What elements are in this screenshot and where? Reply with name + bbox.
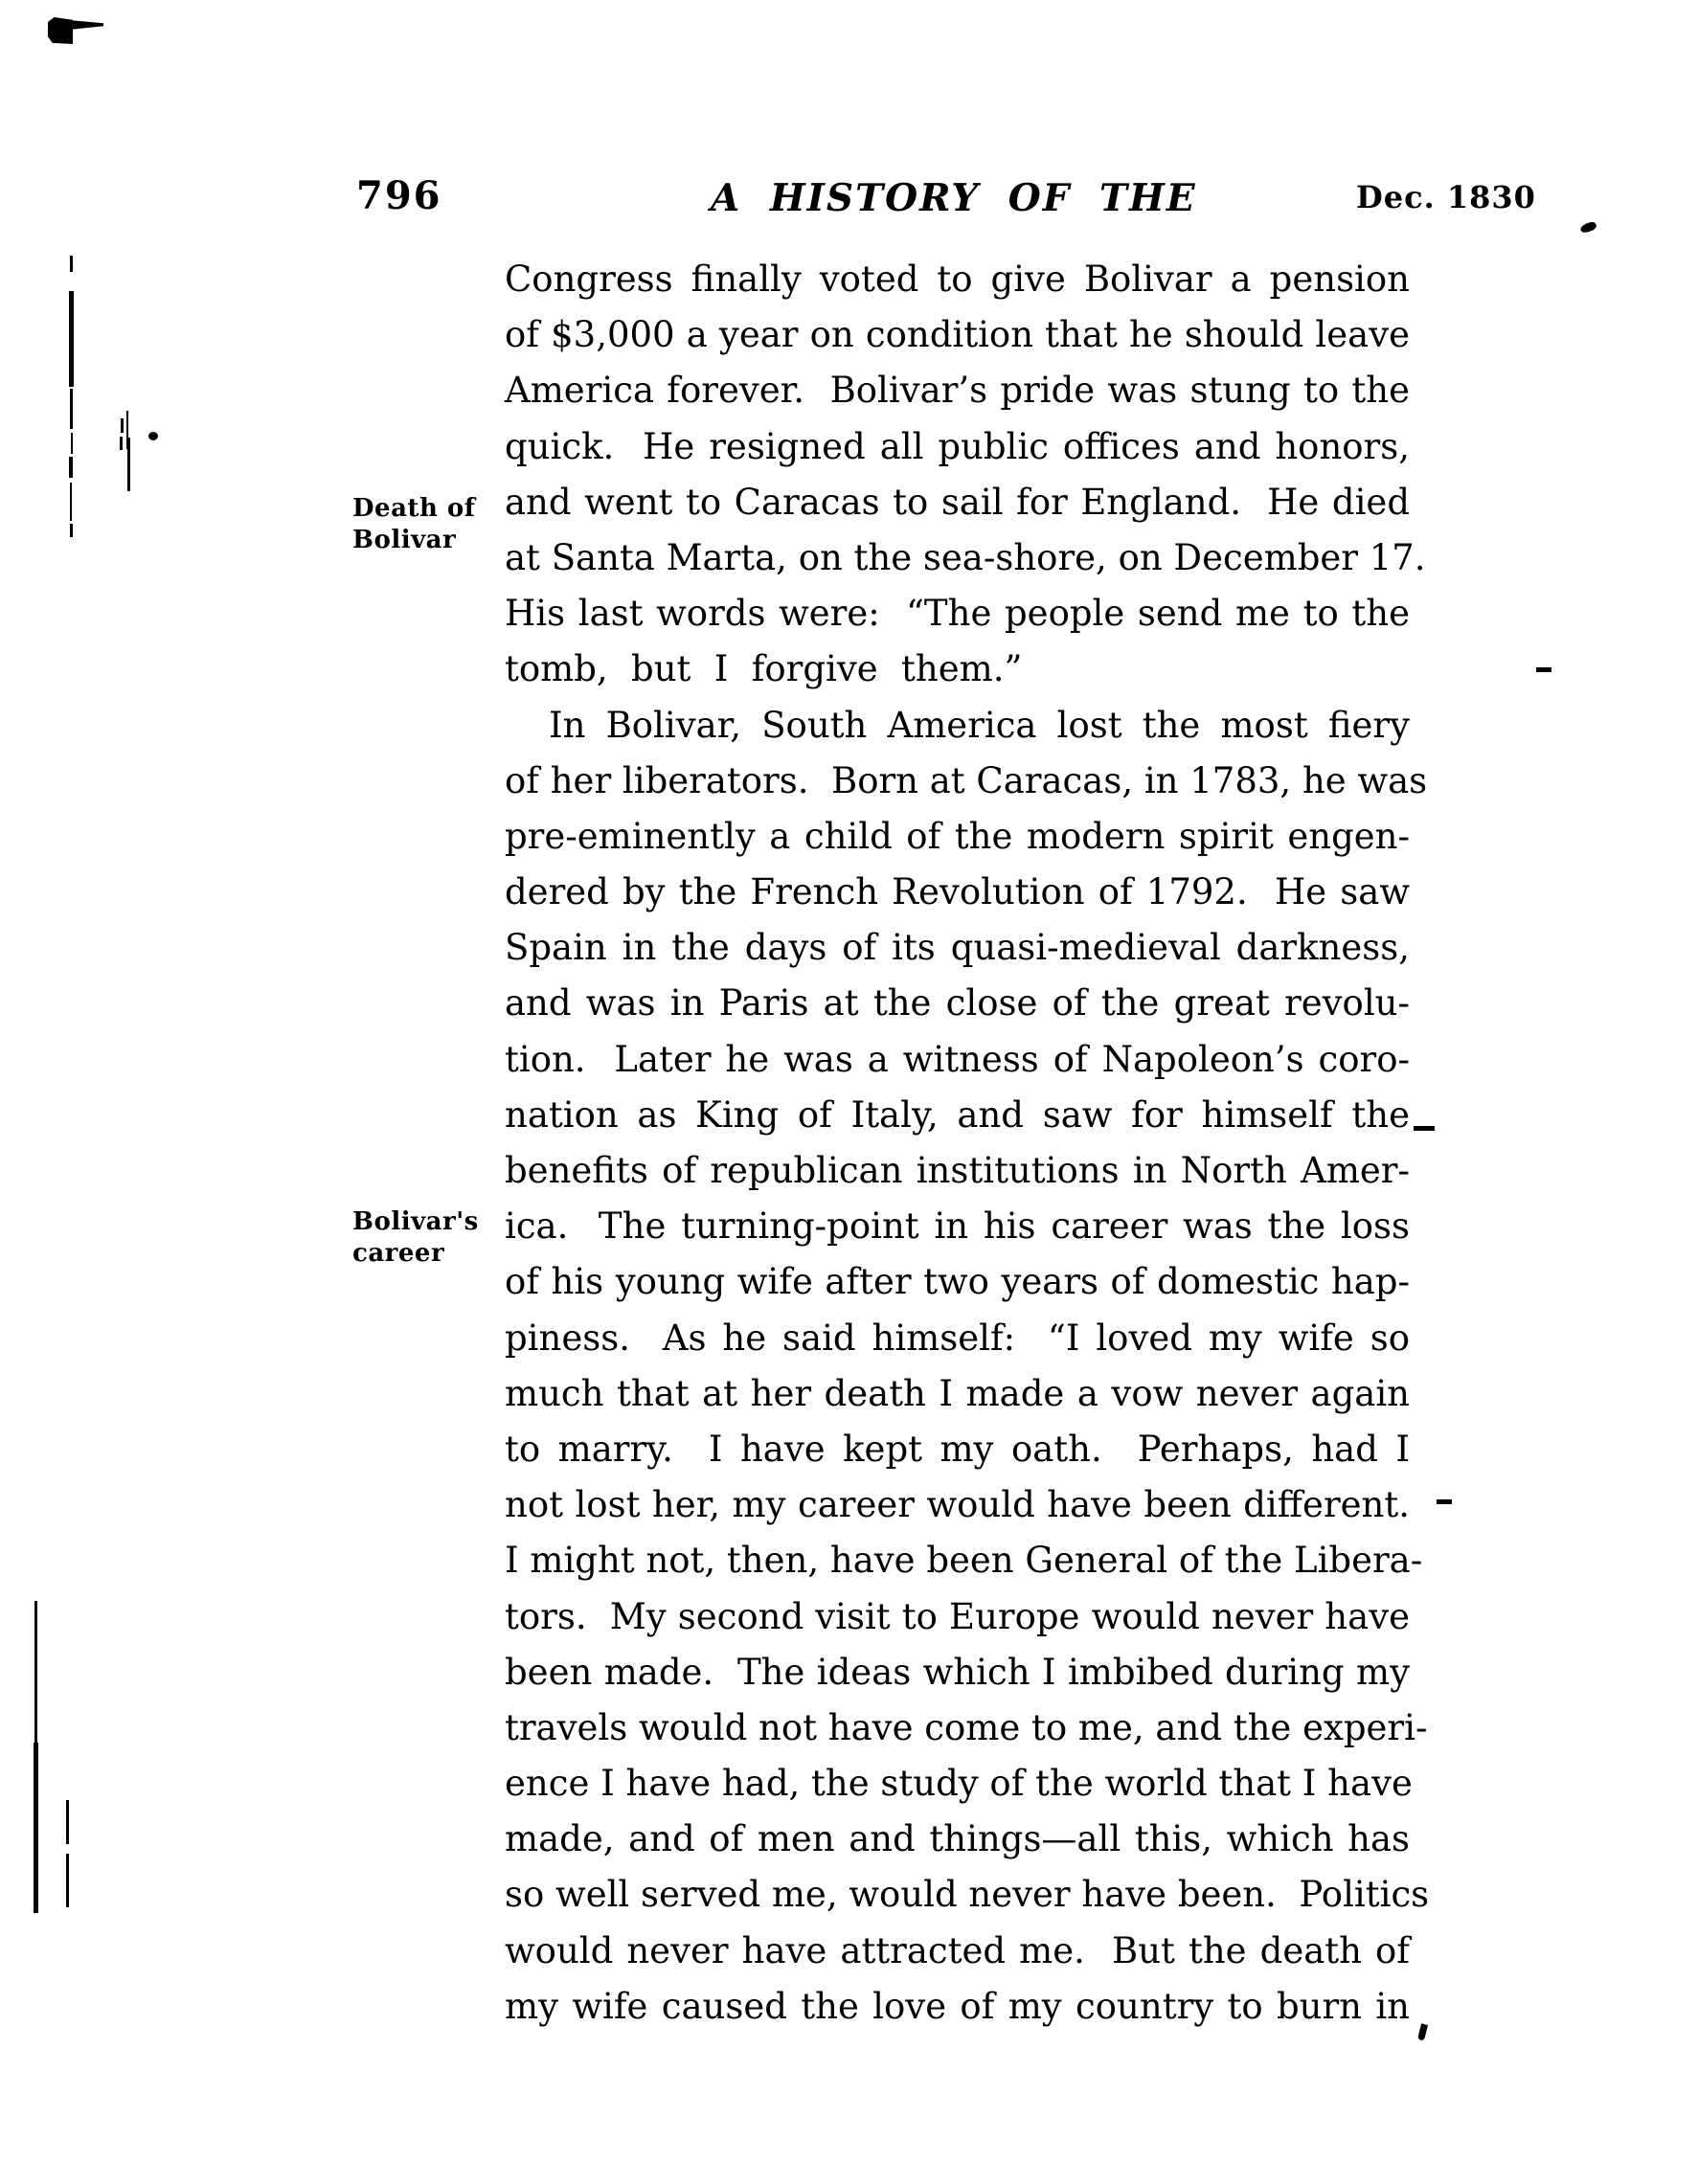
scan-artifact-fold-line (70, 524, 73, 537)
scan-artifact-fold-line-bottom (66, 1800, 69, 1844)
body-line: to marry. I have kept my oath. Perhaps, … (505, 1422, 1410, 1477)
scan-artifact-fold-line-bottom (66, 1854, 69, 1907)
body-line: ica. The turning-point in his career was… (505, 1199, 1410, 1254)
body-line: much that at her death I made a vow neve… (505, 1366, 1410, 1422)
body-line: benefits of republican institutions in N… (505, 1143, 1410, 1199)
scan-artifact-comma-speck (1417, 2023, 1428, 2040)
body-line: In Bolivar, South America lost the most … (505, 698, 1410, 754)
body-line: tion. Later he was a witness of Napoleon… (505, 1032, 1410, 1088)
body-line: Spain in the days of its quasi-medieval … (505, 920, 1410, 976)
scan-artifact-dash (1414, 1126, 1435, 1131)
body-line: and was in Paris at the close of the gre… (505, 976, 1410, 1031)
scan-artifact-fold-line-bottom (34, 1743, 38, 1913)
scan-artifact-tick (120, 437, 123, 450)
scan-artifact-fold-line (70, 483, 72, 521)
body-line: would never have attracted me. But the d… (505, 1924, 1410, 1979)
scan-artifact-tick (127, 438, 130, 491)
body-line: America forever. Bolivar’s pride was stu… (505, 363, 1410, 418)
scan-artifact-speck (1579, 221, 1597, 235)
margin-note-line: career (352, 1238, 510, 1270)
scanned-book-page: 796 A HISTORY OF THE Dec. 1830 Death of … (0, 0, 1698, 2184)
body-line: ence I have had, the study of the world … (505, 1756, 1410, 1812)
running-title: A HISTORY OF THE (711, 176, 1197, 220)
margin-note-bolivars-career: Bolivar's career (352, 1206, 510, 1270)
body-line: dered by the French Revolution of 1792. … (505, 865, 1410, 920)
scan-artifact-fold-line (69, 457, 73, 478)
body-line: my wife caused the love of my country to… (505, 1979, 1410, 2035)
scan-artifact-fold-line-bottom (34, 1601, 37, 1745)
body-line: His last words were: “The people send me… (505, 586, 1410, 642)
body-line: of his young wife after two years of dom… (505, 1254, 1410, 1310)
body-line: of her liberators. Born at Caracas, in 1… (505, 754, 1410, 809)
scan-artifact-dash (1437, 1499, 1452, 1504)
body-line: piness. As he said himself: “I loved my … (505, 1311, 1410, 1366)
body-line: I might not, then, have been General of … (505, 1533, 1410, 1588)
body-line: and went to Caracas to sail for England.… (505, 475, 1410, 530)
margin-note-death-of-bolivar: Death of Bolivar (352, 493, 510, 556)
page-date: Dec. 1830 (1356, 179, 1536, 215)
body-line: travels would not have come to me, and t… (505, 1700, 1410, 1756)
body-line: so well served me, would never have been… (505, 1867, 1410, 1923)
body-line: pre-eminently a child of the modern spir… (505, 809, 1410, 865)
scan-artifact-corner-blot-tail (69, 20, 103, 30)
margin-note-line: Bolivar's (352, 1206, 510, 1238)
body-line: at Santa Marta, on the sea-shore, on Dec… (505, 530, 1410, 586)
scan-artifact-tick (121, 418, 124, 433)
body-line: of $3,000 a year on condition that he sh… (505, 307, 1410, 363)
scan-artifact-dot (148, 432, 158, 440)
margin-note-line: Bolivar (352, 525, 510, 556)
body-line: not lost her, my career would have been … (505, 1477, 1410, 1533)
scan-artifact-fold-line (70, 256, 73, 272)
body-line: quick. He resigned all public offices an… (505, 419, 1410, 475)
scan-artifact-fold-line (71, 433, 73, 454)
body-text: Congress finally voted to give Bolivar a… (505, 252, 1410, 2035)
body-line: nation as King of Italy, and saw for him… (505, 1088, 1410, 1143)
page-number: 796 (356, 173, 442, 218)
scan-artifact-dash (1536, 667, 1551, 672)
body-line: Congress finally voted to give Bolivar a… (505, 252, 1410, 307)
body-line: tors. My second visit to Europe would ne… (505, 1589, 1410, 1645)
body-line: tomb, but I forgive them.” (505, 642, 1410, 697)
body-line: been made. The ideas which I imbibed dur… (505, 1645, 1410, 1700)
body-line: made, and of men and things—all this, wh… (505, 1812, 1410, 1867)
margin-note-line: Death of (352, 493, 510, 525)
scan-artifact-fold-line (70, 389, 73, 429)
scan-artifact-fold-line (69, 291, 74, 387)
